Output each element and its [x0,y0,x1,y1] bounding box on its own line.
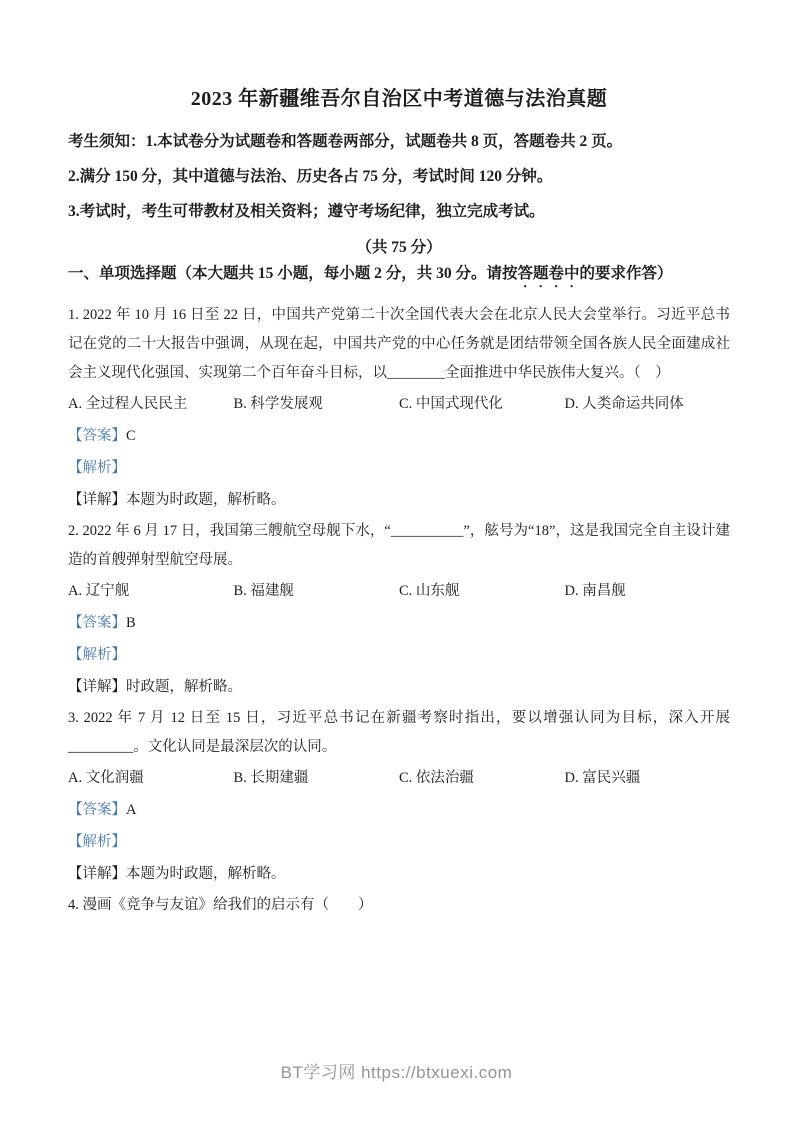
question-2-options: A. 辽宁舰 B. 福建舰 C. 山东舰 D. 南昌舰 [68,577,730,606]
question-1-detail-line: 【详解】本题为时政题，解析略。 [68,486,730,515]
question-3-stem: 3. 2022 年 7 月 12 日至 15 日，习近平总书记在新疆考察时指出，… [68,704,730,762]
question-3-detail-line: 【详解】本题为时政题，解析略。 [68,860,730,889]
total-score: （共 75 分） [68,237,730,259]
section-heading-pre: 一、单项选择题（本大题共 15 小题，每小题 2 分，共 30 分。请按 [68,265,518,282]
notice-line-3: 3.考试时，考生可带教材及相关资料；遵守考场纪律，独立完成考试。 [68,202,730,222]
notice-line-2: 2.满分 150 分，其中道德与法治、历史各占 75 分，考试时间 120 分钟… [68,167,730,187]
question-1-option-c: C. 中国式现代化 [399,390,565,419]
section-heading: 一、单项选择题（本大题共 15 小题，每小题 2 分，共 30 分。请按答题卷中… [68,263,730,291]
question-3-option-b: B. 长期建疆 [234,764,400,793]
section-heading-post: 的要求作答） [580,265,673,282]
question-block-2: 2. 2022 年 6 月 17 日，我国第三艘航空母舰下水，“________… [68,517,730,702]
question-3-detail-text: 本题为时政题，解析略。 [126,866,286,882]
question-1-options: A. 全过程人民民主 B. 科学发展观 C. 中国式现代化 D. 人类命运共同体 [68,390,730,419]
notice-line-1: 考生须知：1.本试卷分为试题卷和答题卷两部分，试题卷共 8 页，答题卷共 2 页… [68,132,730,152]
question-2-option-d: D. 南昌舰 [565,577,731,606]
analysis-label: 【解析】 [68,834,126,850]
question-4-stem: 4. 漫画《竞争与友谊》给我们的启示有（ ） [68,891,730,920]
question-3-answer-value: A [126,802,136,818]
question-1-stem: 1. 2022 年 10 月 16 日至 22 日，中国共产党第二十次全国代表大… [68,301,730,388]
question-1-detail-text: 本题为时政题，解析略。 [126,492,286,508]
question-3-analysis-line: 【解析】 [68,828,730,857]
answer-label: 【答案】 [68,615,126,631]
exam-page: 2023 年新疆维吾尔自治区中考道德与法治真题 考生须知：1.本试卷分为试题卷和… [68,86,730,920]
footer-watermark: BT学习网 https://btxuexi.com [0,1058,793,1083]
question-1-answer-line: 【答案】C [68,422,730,451]
question-3-option-c: C. 依法治疆 [399,764,565,793]
question-block-1: 1. 2022 年 10 月 16 日至 22 日，中国共产党第二十次全国代表大… [68,301,730,515]
question-2-answer-line: 【答案】B [68,609,730,638]
question-3-options: A. 文化润疆 B. 长期建疆 C. 依法治疆 D. 富民兴疆 [68,764,730,793]
question-block-3: 3. 2022 年 7 月 12 日至 15 日，习近平总书记在新疆考察时指出，… [68,704,730,889]
question-1-option-b: B. 科学发展观 [234,390,400,419]
question-2-detail-line: 【详解】时政题，解析略。 [68,673,730,702]
question-2-detail-text: 时政题，解析略。 [126,679,242,695]
section-heading-emphasis: 答题卷中 [518,265,580,282]
answer-label: 【答案】 [68,802,126,818]
answer-label: 【答案】 [68,428,126,444]
question-3-option-d: D. 富民兴疆 [565,764,731,793]
question-1-option-d: D. 人类命运共同体 [565,390,731,419]
question-2-option-a: A. 辽宁舰 [68,577,234,606]
question-1-analysis-line: 【解析】 [68,454,730,483]
question-3-answer-line: 【答案】A [68,796,730,825]
question-3-option-a: A. 文化润疆 [68,764,234,793]
detail-label: 【详解】 [68,866,126,882]
detail-label: 【详解】 [68,492,126,508]
question-2-option-b: B. 福建舰 [234,577,400,606]
detail-label: 【详解】 [68,679,126,695]
analysis-label: 【解析】 [68,460,126,476]
page-title: 2023 年新疆维吾尔自治区中考道德与法治真题 [68,86,730,112]
question-2-option-c: C. 山东舰 [399,577,565,606]
question-1-option-a: A. 全过程人民民主 [68,390,234,419]
question-2-answer-value: B [126,615,136,631]
candidate-notice: 考生须知：1.本试卷分为试题卷和答题卷两部分，试题卷共 8 页，答题卷共 2 页… [68,132,730,222]
question-2-stem: 2. 2022 年 6 月 17 日，我国第三艘航空母舰下水，“________… [68,517,730,575]
question-2-analysis-line: 【解析】 [68,641,730,670]
analysis-label: 【解析】 [68,647,126,663]
question-1-answer-value: C [126,428,136,444]
